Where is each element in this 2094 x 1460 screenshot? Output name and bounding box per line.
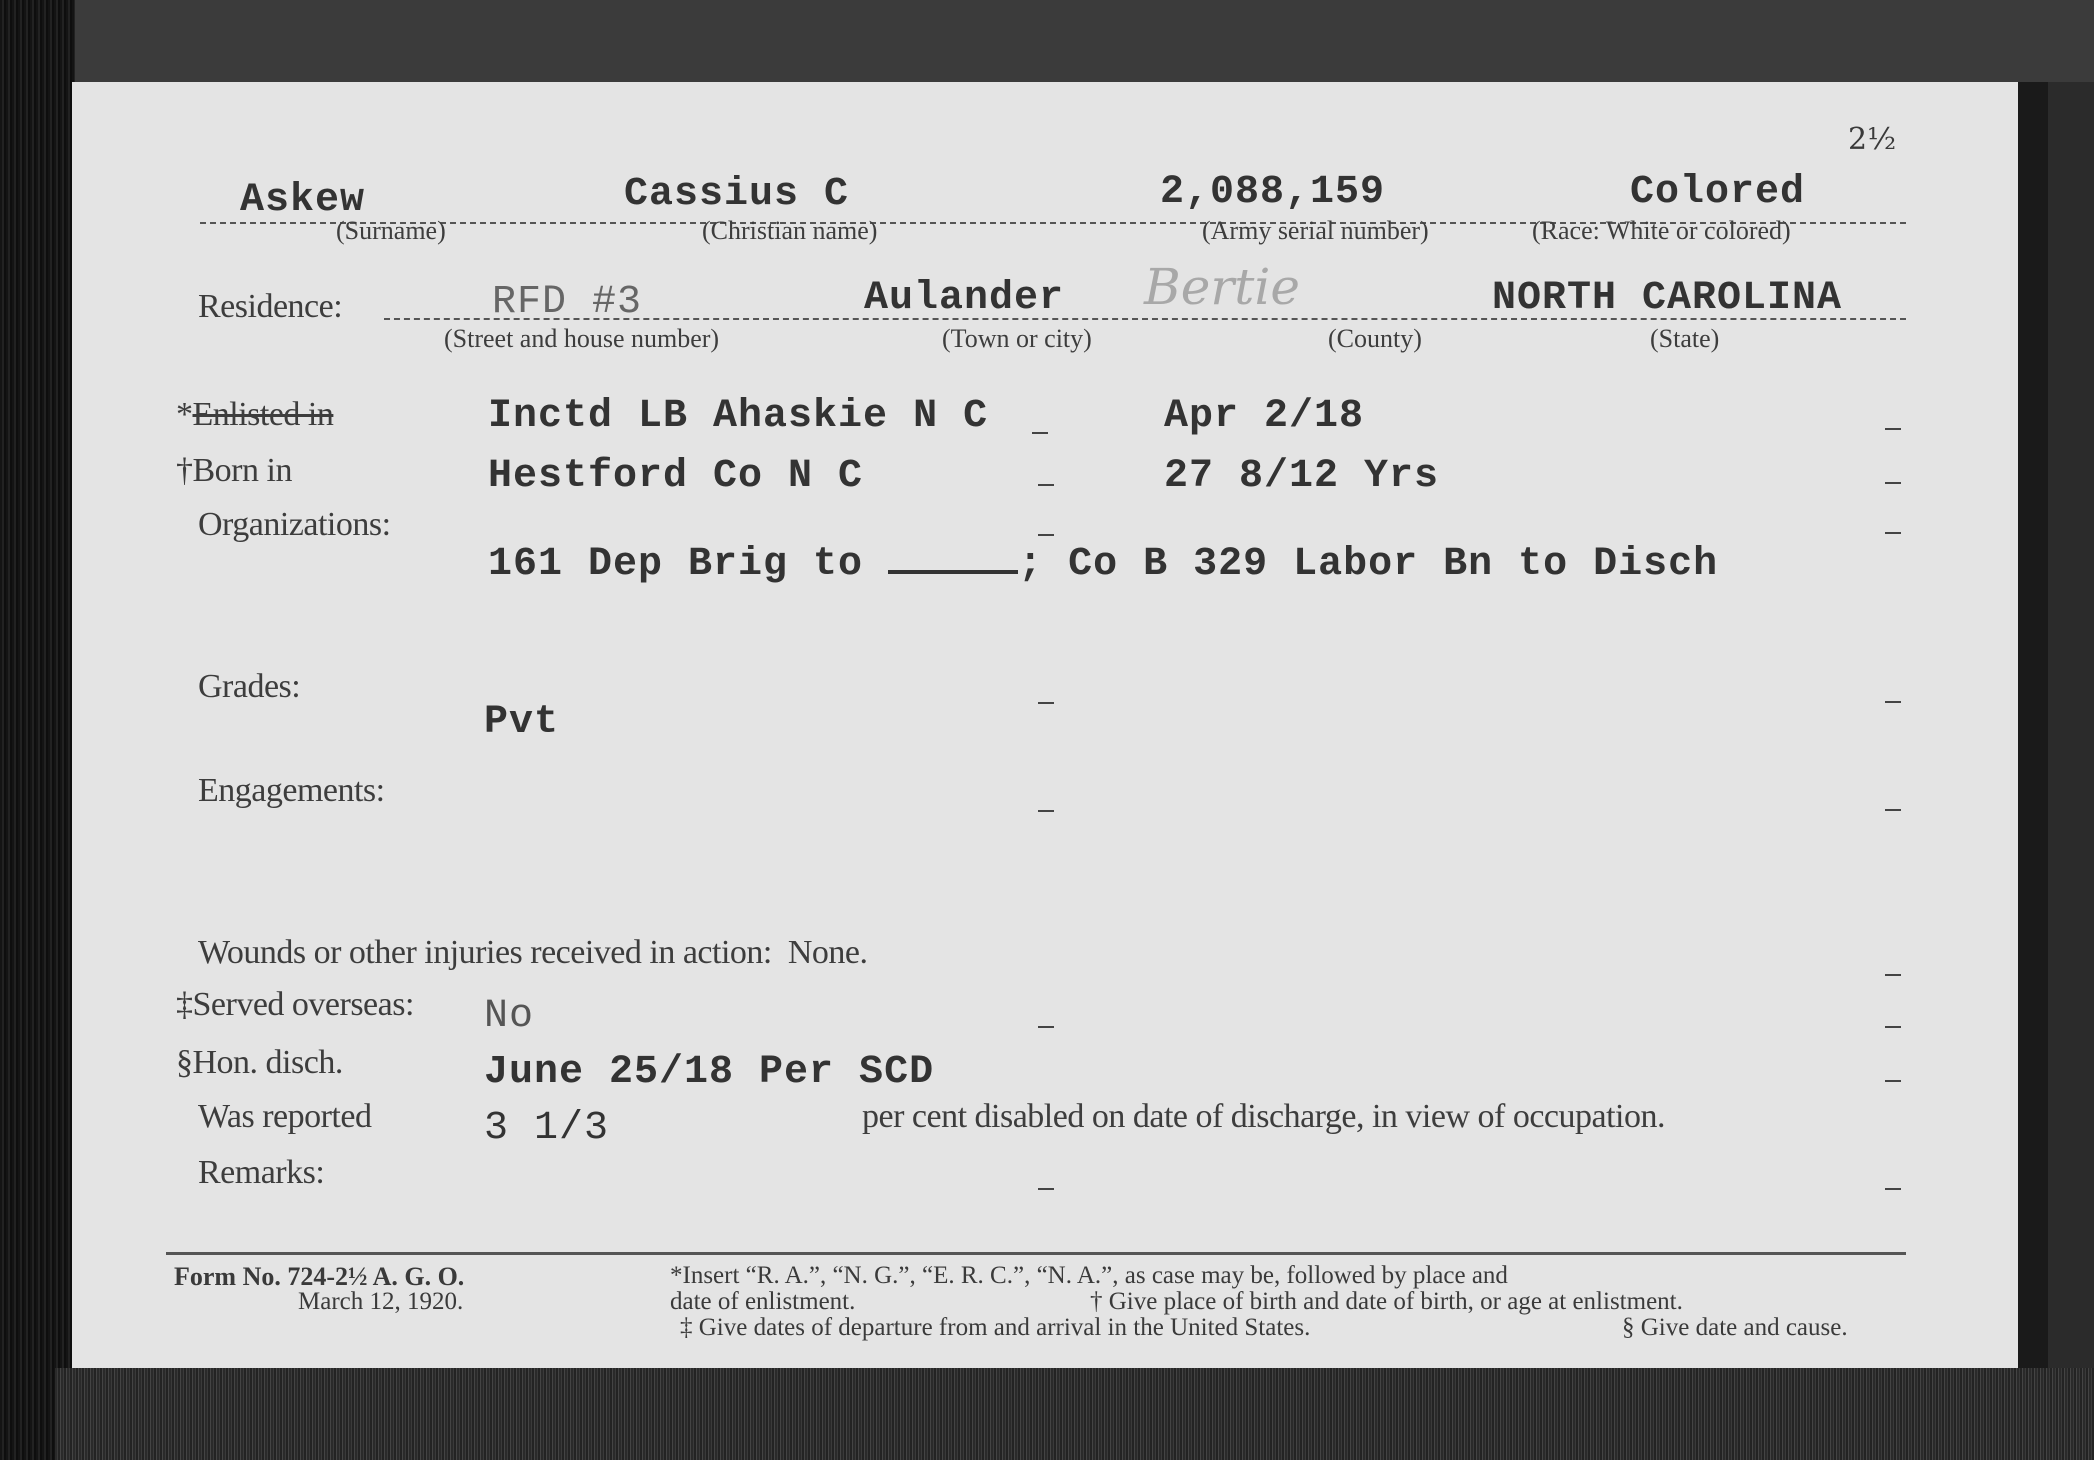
dash-mid-grades bbox=[1038, 702, 1054, 704]
dash-mid-served bbox=[1038, 1026, 1054, 1028]
dash-mid-born bbox=[1038, 484, 1054, 486]
organizations-label: Organizations: bbox=[198, 506, 391, 544]
born-label: †Born in bbox=[176, 452, 292, 490]
served-overseas-marker: ‡ bbox=[176, 986, 193, 1023]
disability-percent-value: 3 1/3 bbox=[484, 1106, 609, 1151]
born-age-value: 27 8/12 Yrs bbox=[1164, 454, 1439, 499]
state-value: NORTH CAROLINA bbox=[1492, 276, 1842, 321]
hon-disch-label: §Hon. disch. bbox=[176, 1044, 343, 1082]
dash-right-remarks bbox=[1885, 1188, 1901, 1190]
residence-label: Residence: bbox=[198, 288, 342, 326]
enlisted-date-value: Apr 2/18 bbox=[1164, 394, 1364, 439]
card-corner-number: 2½ bbox=[1848, 122, 1896, 157]
born-label-text: Born in bbox=[193, 452, 292, 489]
hon-disch-marker: § bbox=[176, 1044, 193, 1081]
dash-mid-organizations bbox=[1038, 534, 1054, 536]
footnote-insert: *Insert “R. A.”, “N. G.”, “E. R. C.”, “N… bbox=[670, 1262, 1508, 1290]
footer-rule bbox=[166, 1252, 1906, 1255]
enlisted-label: *Enlisted in bbox=[176, 396, 333, 434]
was-reported-suffix: per cent disabled on date of discharge, … bbox=[862, 1098, 1665, 1136]
organizations-value-part1: 161 Dep Brig to bbox=[488, 542, 863, 587]
serial-number-label: (Army serial number) bbox=[1202, 216, 1429, 246]
organizations-blank-line bbox=[888, 564, 1018, 574]
scanner-background-left bbox=[0, 0, 75, 1460]
christian-name-label: (Christian name) bbox=[702, 216, 877, 246]
race-value: Colored bbox=[1630, 170, 1805, 215]
served-overseas-label: ‡Served overseas: bbox=[176, 986, 414, 1024]
scanner-background-right bbox=[2018, 82, 2094, 1460]
dash-right-organizations bbox=[1885, 532, 1901, 534]
hon-disch-value: June 25/18 Per SCD bbox=[484, 1050, 934, 1095]
scanner-background-top bbox=[75, 0, 2094, 82]
footnote-overseas: ‡ Give dates of departure from and arriv… bbox=[680, 1314, 1310, 1342]
dash-right-engagements bbox=[1885, 809, 1901, 811]
hon-disch-label-text: Hon. disch. bbox=[193, 1044, 343, 1081]
dash-right-served bbox=[1885, 1026, 1901, 1028]
town-label: (Town or city) bbox=[942, 324, 1092, 354]
grades-label: Grades: bbox=[198, 668, 300, 706]
organizations-value-part2: ; Co B 329 Labor Bn to Disch bbox=[1018, 542, 1718, 587]
wounds-label: Wounds or other injuries received in act… bbox=[198, 934, 868, 972]
enlisted-place-value: Inctd LB Ahaskie N C bbox=[488, 394, 988, 439]
serial-number-value: 2,088,159 bbox=[1160, 170, 1385, 215]
engagements-label: Engagements: bbox=[198, 772, 385, 810]
grades-value: Pvt bbox=[484, 700, 559, 745]
enlisted-label-text: Enlisted in bbox=[193, 396, 334, 433]
remarks-label: Remarks: bbox=[198, 1154, 324, 1192]
dash-right-born bbox=[1885, 482, 1901, 484]
surname-label: (Surname) bbox=[336, 216, 446, 246]
wounds-label-text: Wounds or other injuries received in act… bbox=[198, 934, 772, 971]
dash-mid-engagements bbox=[1038, 810, 1054, 812]
wounds-value: None. bbox=[788, 934, 868, 971]
street-label: (Street and house number) bbox=[444, 324, 719, 354]
county-label: (County) bbox=[1328, 324, 1422, 354]
footnote-birth: † Give place of birth and date of birth,… bbox=[1090, 1288, 1683, 1316]
dash-mid-remarks bbox=[1038, 1188, 1054, 1190]
state-label: (State) bbox=[1650, 324, 1719, 354]
born-place-value: Hestford Co N C bbox=[488, 454, 863, 499]
footnote-discharge: § Give date and cause. bbox=[1622, 1314, 1848, 1342]
organizations-value: 161 Dep Brig to ; Co B 329 Labor Bn to D… bbox=[488, 542, 1718, 587]
scanner-background-bottom bbox=[55, 1368, 2094, 1460]
form-date: March 12, 1920. bbox=[298, 1288, 463, 1316]
was-reported-label: Was reported bbox=[198, 1098, 371, 1136]
county-value-handwritten: Bertie bbox=[1144, 258, 1300, 316]
enlisted-marker: * bbox=[176, 396, 193, 433]
town-value: Aulander bbox=[864, 276, 1064, 321]
served-overseas-label-text: Served overseas: bbox=[193, 986, 414, 1023]
street-value: RFD #3 bbox=[492, 280, 642, 325]
born-marker: † bbox=[176, 452, 193, 489]
footnote-insert-cont: date of enlistment. bbox=[670, 1288, 855, 1316]
dash-right-enlisted bbox=[1885, 428, 1901, 430]
dash-mid-enlisted bbox=[1032, 432, 1048, 434]
dash-right-hon-disch bbox=[1885, 1080, 1901, 1082]
service-record-card: 2½ Askew Cassius C 2,088,159 Colored (Su… bbox=[72, 82, 2018, 1368]
served-overseas-value: No bbox=[484, 994, 534, 1039]
dash-right-grades bbox=[1885, 701, 1901, 703]
dash-right-wounds bbox=[1885, 974, 1901, 976]
christian-name-value: Cassius C bbox=[624, 172, 849, 217]
race-label: (Race: White or colored) bbox=[1532, 216, 1791, 246]
